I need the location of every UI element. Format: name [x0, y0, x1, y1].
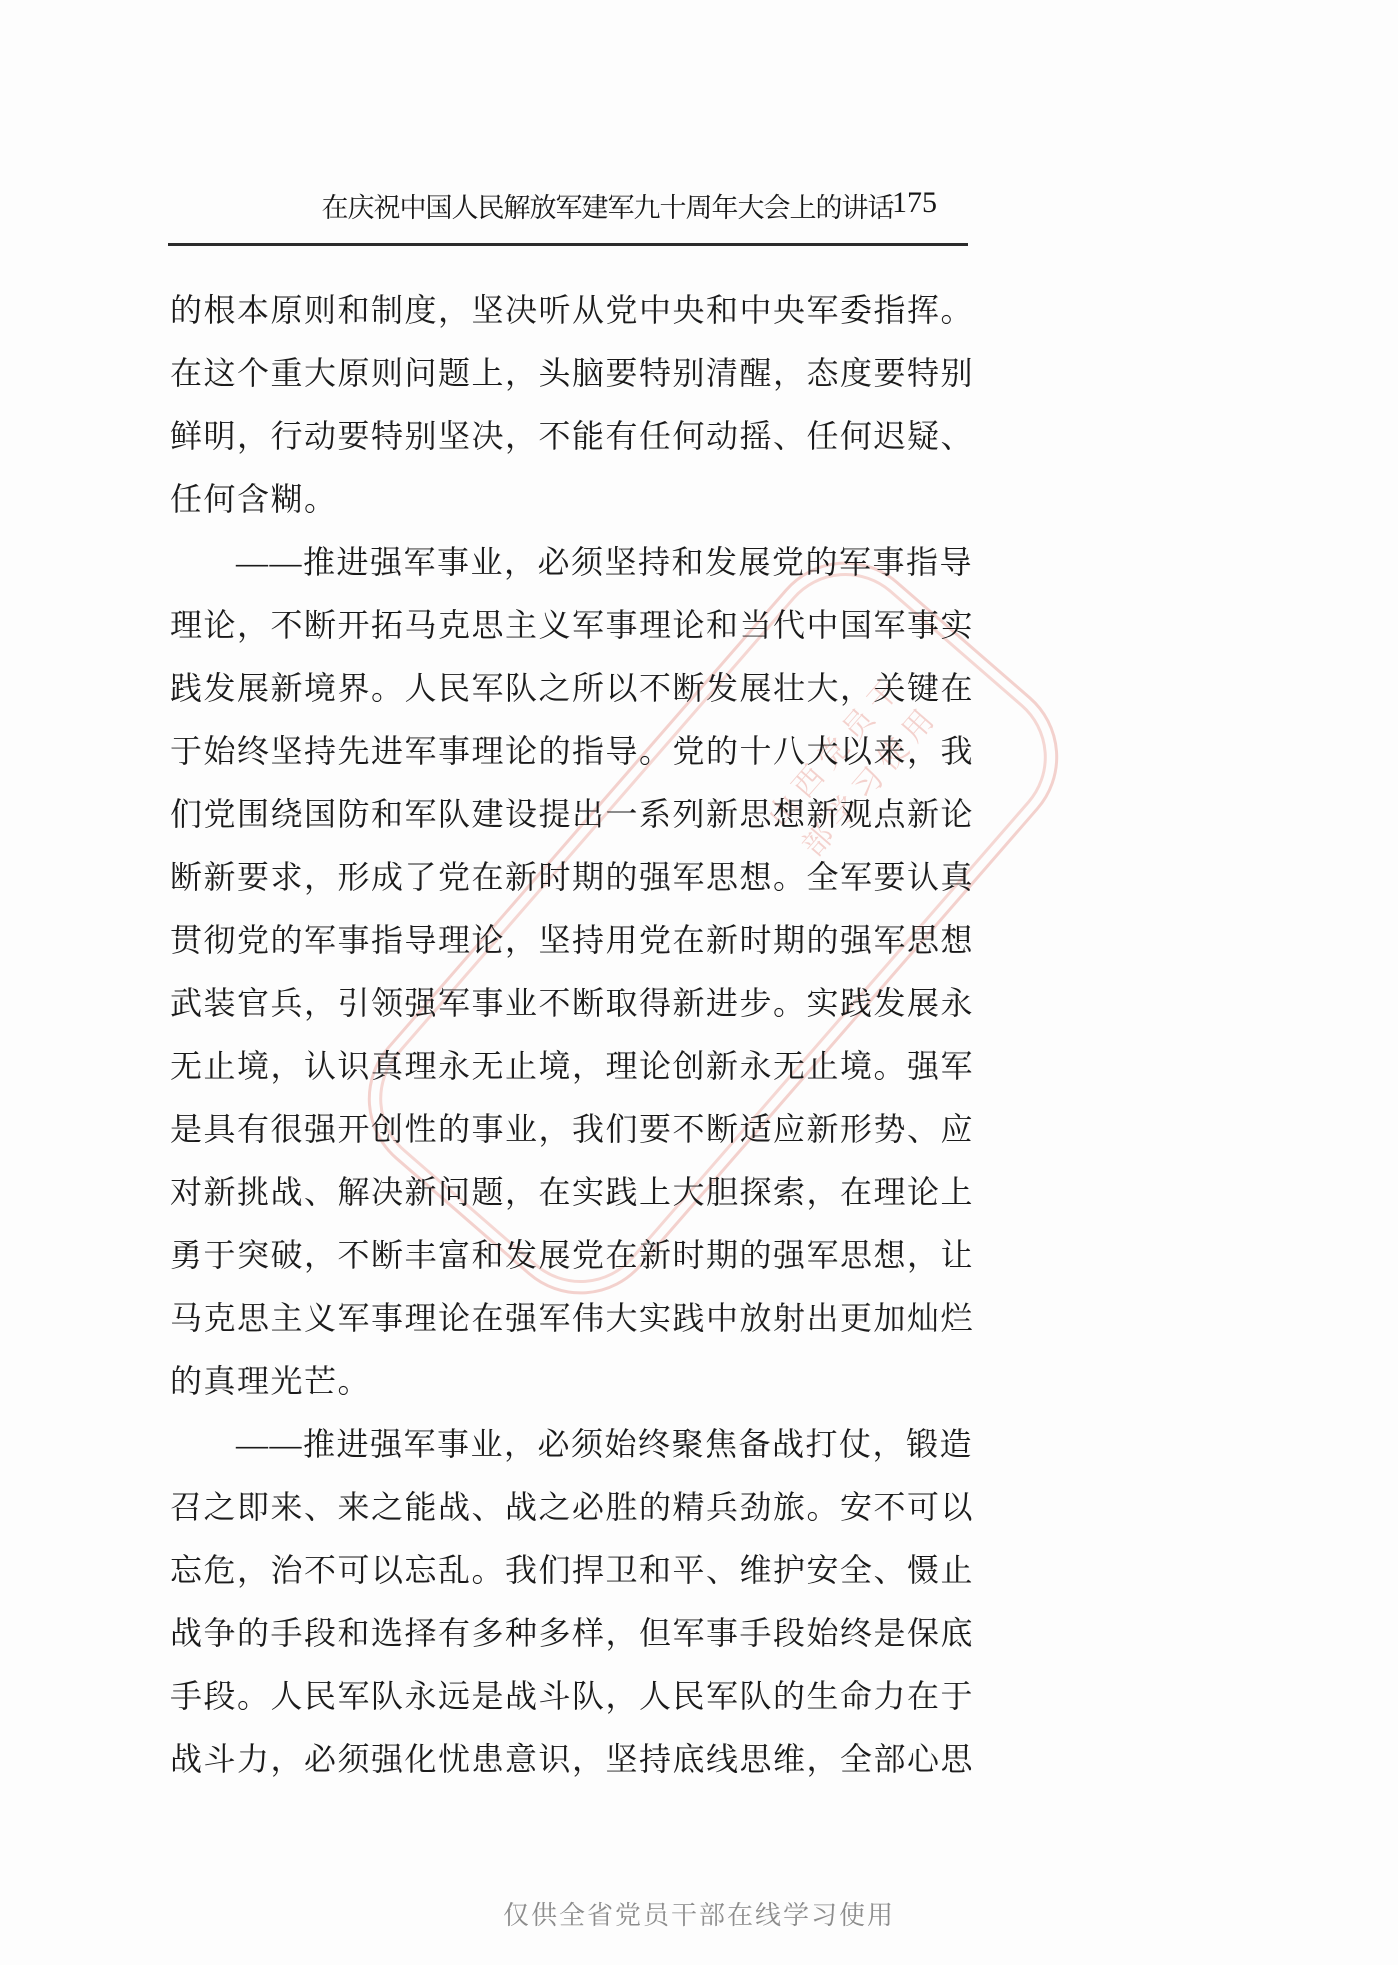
text-line: 战争的手段和选择有多种多样，但军事手段始终是保底 [170, 1602, 970, 1665]
body-text: 的根本原则和制度，坚决听从党中央和中央军委指挥。在这个重大原则问题上，头脑要特别… [170, 279, 970, 1791]
text-line: 的根本原则和制度，坚决听从党中央和中央军委指挥。 [170, 279, 970, 342]
text-line: 手段。人民军队永远是战斗队，人民军队的生命力在于 [170, 1665, 970, 1728]
text-line: 战斗力，必须强化忧患意识，坚持底线思维，全部心思 [170, 1728, 970, 1791]
text-line: 断新要求，形成了党在新时期的强军思想。全军要认真 [170, 846, 970, 909]
running-header: 在庆祝中国人民解放军建军九十周年大会上的讲话 175 [170, 186, 965, 234]
text-line: ——推进强军事业，必须始终聚焦备战打仗，锻造 [170, 1413, 970, 1476]
document-page: 在庆祝中国人民解放军建军九十周年大会上的讲话 175 山西党员干 部学习使用 的… [0, 0, 1398, 1965]
text-line: 勇于突破，不断丰富和发展党在新时期的强军思想，让 [170, 1224, 970, 1287]
text-line: 忘危，治不可以忘乱。我们捍卫和平、维护安全、慑止 [170, 1539, 970, 1602]
page-number: 175 [892, 186, 937, 220]
running-header-title: 在庆祝中国人民解放军建军九十周年大会上的讲话 [322, 186, 894, 225]
header-rule [168, 243, 968, 246]
text-line: 们党围绕国防和军队建设提出一系列新思想新观点新论 [170, 783, 970, 846]
text-line: 马克思主义军事理论在强军伟大实践中放射出更加灿烂 [170, 1287, 970, 1350]
text-line: 于始终坚持先进军事理论的指导。党的十八大以来，我 [170, 720, 970, 783]
text-line: 鲜明，行动要特别坚决，不能有任何动摇、任何迟疑、 [170, 405, 970, 468]
text-line: 在这个重大原则问题上，头脑要特别清醒，态度要特别 [170, 342, 970, 405]
text-line: 召之即来、来之能战、战之必胜的精兵劲旅。安不可以 [170, 1476, 970, 1539]
text-line: 理论，不断开拓马克思主义军事理论和当代中国军事实 [170, 594, 970, 657]
text-line: 的真理光芒。 [170, 1350, 970, 1413]
text-line: 武装官兵，引领强军事业不断取得新进步。实践发展永 [170, 972, 970, 1035]
text-line: 对新挑战、解决新问题，在实践上大胆探索，在理论上 [170, 1161, 970, 1224]
text-line: 践发展新境界。人民军队之所以不断发展壮大，关键在 [170, 657, 970, 720]
footer-notice: 仅供全省党员干部在线学习使用 [0, 1895, 1398, 1932]
text-line: 任何含糊。 [170, 468, 970, 531]
text-line: ——推进强军事业，必须坚持和发展党的军事指导 [170, 531, 970, 594]
text-line: 无止境，认识真理永无止境，理论创新永无止境。强军 [170, 1035, 970, 1098]
text-line: 贯彻党的军事指导理论，坚持用党在新时期的强军思想 [170, 909, 970, 972]
text-line: 是具有很强开创性的事业，我们要不断适应新形势、应 [170, 1098, 970, 1161]
